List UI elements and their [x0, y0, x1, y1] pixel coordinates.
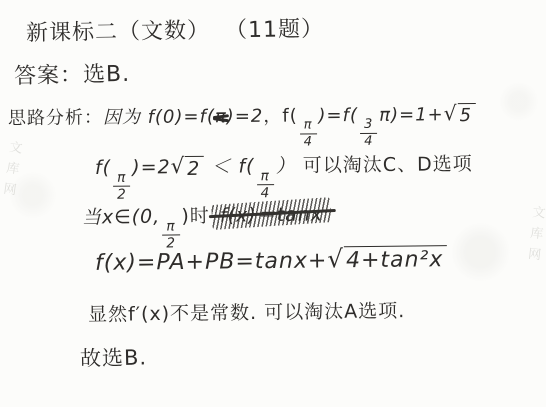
sqrt-4-plus-tan2x: √4+tan²x	[327, 245, 447, 273]
close-paren: ）	[276, 155, 296, 177]
answer-label: 答案：	[14, 63, 84, 89]
answer-value: 选B.	[83, 62, 131, 88]
fraction-pi-over-4: π4	[257, 169, 275, 202]
radical-sign: √	[171, 156, 186, 178]
conclusion-line: 故选B.	[80, 341, 148, 372]
domain-statement: 当x∈(0,	[82, 206, 161, 229]
title-line: 新课标二（文数）（11题）	[26, 12, 324, 47]
main-formula: f(x)=PA+PB=tanx+	[95, 248, 328, 275]
analysis-line-1: 思路分析：因为 f(0)=f(π)=2，f(π4)=f(34π)=1+√5	[8, 100, 476, 152]
analysis-label: 思路分析：	[8, 107, 103, 129]
eliminate-cd-note: 可以淘汰C、D选项	[296, 153, 473, 177]
fraction-pi-over-4: π4	[300, 118, 317, 149]
equation-f0-result: )=2	[227, 106, 264, 127]
fraction-3-over-4: 34	[360, 118, 378, 149]
eliminate-a-note: 显然f′(x)不是常数. 可以淘汰A选项.	[88, 300, 405, 326]
equation-f0: 因为 f(0)=f(	[103, 106, 215, 128]
equation-equals-2: )=2	[132, 156, 171, 178]
equation-tail: π)=1+	[379, 104, 444, 126]
question-number-tag: （11题）	[236, 17, 324, 43]
handwritten-note-paper: 文库网 文库网 新课标二（文数）（11题） 答案：选B. 思路分析：因为 f(0…	[0, 0, 546, 407]
watermark-right: 文库网	[522, 204, 546, 269]
fraction-pi-over-2: π2	[162, 219, 180, 252]
analysis-line-5: 显然f′(x)不是常数. 可以淘汰A选项.	[88, 296, 406, 327]
note-title: 新课标二（文数）	[26, 19, 210, 47]
sqrt-2: √2	[171, 156, 205, 180]
radical-sign: √	[444, 103, 458, 124]
analysis-line-3: 当x∈(0,π2)时 f(x)＝tanx	[82, 199, 327, 252]
equation-mid: )=f(	[318, 105, 358, 126]
sqrt-5: √5	[444, 103, 476, 126]
comma-separator: ，f(	[263, 106, 298, 127]
conclusion-text: 故选B.	[80, 345, 148, 370]
answer-line: 答案：选B.	[14, 57, 131, 90]
less-than-fpi4: ＜ f(	[204, 155, 254, 178]
scribbled-out-expression: f(x)＝tanx	[217, 199, 327, 228]
scribbled-pi: π	[215, 106, 227, 127]
analysis-line-2: f(π2)=2√2 ＜ f(π4） 可以淘汰C、D选项	[95, 149, 473, 203]
analysis-line-4: f(x)=PA+PB=tanx+√4+tan²x	[95, 245, 448, 276]
radical-sign: √	[327, 246, 344, 272]
equation-fpi2: f(	[95, 157, 111, 179]
fraction-pi-over-2: π2	[113, 170, 131, 203]
